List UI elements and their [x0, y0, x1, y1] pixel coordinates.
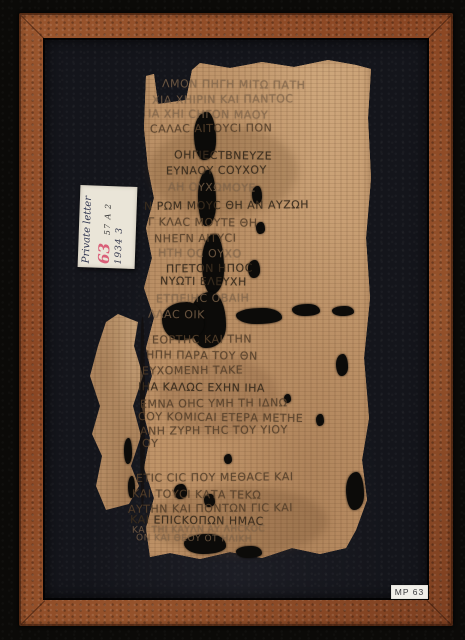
papyrus-text-line: ΛΜΟΝ ΠΗΓΗ ΜΙΤΩ ΠΑΤΗ [162, 77, 306, 92]
specimen-label-title: Private letter [81, 189, 96, 263]
papyrus-text-line: ΝΗΕΓΝ ΑΙΤΥCΙ [154, 232, 237, 246]
papyrus-text-line: ΕΤΙC CΙC ΠΟΥ ΜΕΘΑCΕ ΚΑΙ [136, 470, 294, 485]
papyrus-text-line: ΕΜΝΑ ΟΗC ΥΜΗ ΤΗ ΙΔΝΩ [140, 396, 288, 411]
specimen-label-content: Private letter 63 57 A 2 1934 3 [78, 185, 138, 269]
papyrus-text-line: ΑΝΗ ΖΥΡΗ ΤΗC ΤΟΥ ΥΙΟΥ [140, 423, 288, 438]
specimen-label: Private letter 63 57 A 2 1934 3 [78, 185, 138, 269]
papyrus-text-line: ΕΟΡΤΗC ΚΑΙ ΤΗΝ [152, 332, 252, 346]
frame-miter [427, 600, 452, 625]
papyrus-fragment: ΛΜΟΝ ΠΗΓΗ ΜΙΤΩ ΠΑΤΗΧΙΑ ΧΗΙΡΙΝ ΚΑΙ ΠΑΝΤΟC… [88, 56, 378, 568]
frame-miter [427, 15, 452, 40]
papyrus-text-line: ΕΥΧΟΜΕΝΗ ΤΑΚΕ [142, 363, 243, 377]
papyrus-text-line: Ν ΡΩΜ ΜΟΥC ΘΗ ΑΝ ΑΥΖΩΗ [144, 198, 309, 213]
papyrus-text-line: ΧΙΑ ΧΗΙΡΙΝ ΚΑΙ ΠΑΝΤΟC [152, 92, 294, 106]
papyrus-text-line: ΝΥΩΤΙ ΕΛΕΥΧΗ [160, 274, 247, 288]
frame-miter [21, 15, 46, 40]
papyrus-text-line: ΙΗΑ ΚΑΛΩC ΕΧΗΝ ΙΗΑ [138, 380, 265, 395]
collection-label-text: MP 63 [395, 587, 424, 597]
photo-background: ΛΜΟΝ ΠΗΓΗ ΜΙΤΩ ΠΑΤΗΧΙΑ ΧΗΙΡΙΝ ΚΑΙ ΠΑΝΤΟC… [0, 0, 465, 640]
specimen-label-number-red: 63 [95, 243, 114, 264]
papyrus-text-line: ΕΥΝΑΟΥ CΟΥΧΟΥ [166, 163, 267, 177]
papyrus-text-line: ΚΑΙ ΤΟΥCΙ ΚΑΤΑ ΤΕΚΩ [132, 487, 261, 502]
papyrus-text-line: ΗΠΗ ΠΑΡΑ ΤΟΥ ΘΝ [146, 348, 258, 362]
papyrus-text-line: ΟΝ ΚΑΙ ΘΕΟΥ ΟΤ ΗΛΙΚΗ [136, 533, 252, 544]
papyrus-text-line: ΕΤΠΕΙΗC ΟΒΑΙΗ [156, 292, 249, 306]
papyrus-lines: ΛΜΟΝ ΠΗΓΗ ΜΙΤΩ ΠΑΤΗΧΙΑ ΧΗΙΡΙΝ ΚΑΙ ΠΑΝΤΟC… [88, 56, 378, 568]
papyrus-text-line: CΑΛΑC ΑΙΤΟΥCΙ ΠΟΝ [150, 121, 273, 135]
papyrus-text-line: ΛΛΑC ΟΙΚ [148, 308, 205, 322]
papyrus-text-line: Γ ΚΛΑC ΜΟΥΤΕ ΘΗ [148, 215, 258, 229]
frame-miter [21, 600, 46, 625]
papyrus-text-line: ΟΗΓΙΕCΤΒΝΕΥΖΕ [174, 148, 272, 162]
papyrus-text-line: ΗΤΗ ΟC ΟΥΧΟ [158, 246, 242, 260]
papyrus-text-line: ΟΥ [142, 437, 159, 450]
papyrus-text-line: ΑΗ ΟΥΧΩΜΟΥΕ [168, 180, 256, 194]
papyrus-text-line: ΙΑ ΧΗΙ CΗΓΟΝ ΜΑΟΥ [148, 107, 268, 121]
papyrus-text-line: ΠΓΕΤΟΝ ΗΠΟC [166, 262, 253, 276]
collection-label: MP 63 [391, 585, 428, 599]
specimen-label-year: 1934 3 [114, 190, 127, 264]
specimen-label-shelfmark: 57 A 2 [103, 203, 113, 235]
